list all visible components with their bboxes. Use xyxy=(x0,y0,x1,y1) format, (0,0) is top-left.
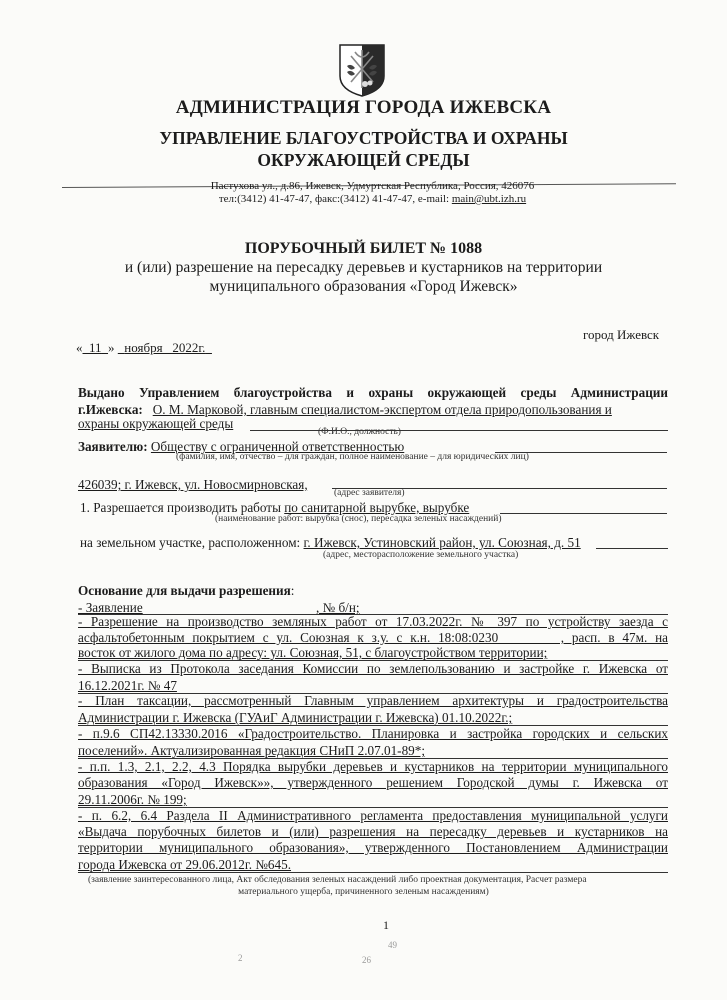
coat-of-arms-icon xyxy=(337,42,387,98)
date-month-year: ноября 2022г. xyxy=(118,340,212,355)
basis-line-9: поселений». Актуализированная редакция С… xyxy=(78,743,668,759)
contact-phones: тел:(3412) 41-47-47, факс:(3412) 41-47-4… xyxy=(18,193,727,206)
basis-line-5: 16.12.2021г. № 47 xyxy=(78,678,668,694)
applicant-address: 426039; г. Ижевск, ул. Новосмирновская, xyxy=(78,477,308,492)
works-underline xyxy=(500,513,667,514)
basis-caption-line1: (заявление заинтересованного лица, Акт о… xyxy=(88,875,587,885)
ticket-subtitle-line1: и (или) разрешение на пересадку деревьев… xyxy=(0,258,727,277)
basis-line-15: территории муниципального образования», … xyxy=(78,840,668,856)
applicant-caption: (фамилия, имя, отчество – для граждан, п… xyxy=(176,452,529,462)
stamp-mark-2: 26 xyxy=(362,955,371,965)
issued-by-city-label: г.Ижевска: xyxy=(78,402,143,417)
date-quote-close: » xyxy=(108,340,115,355)
basis-line-2: асфальтобетонным покрытием с ул. Союзная… xyxy=(78,630,668,646)
basis-line-14: «Выдача порубочных билетов и (или) разре… xyxy=(78,824,668,840)
department-title: УПРАВЛЕНИЕ БЛАГОУСТРОЙСТВА И ОХРАНЫ ОКРУ… xyxy=(0,127,727,171)
basis-statement: - Заявление xyxy=(78,600,143,615)
basis-title: Основание для выдачи разрешения: xyxy=(78,583,668,599)
issued-by-value: О. М. Марковой, главным специалистом-экс… xyxy=(153,402,612,417)
basis-line-3: восток от жилого дома по адресу: ул. Сою… xyxy=(78,645,668,661)
contact-block: Пастухова ул., д.86, Ижевск, Удмуртская … xyxy=(0,180,727,206)
issued-by-label: Выдано Управлением благоустройства и охр… xyxy=(78,385,668,401)
ticket-title: ПОРУБОЧНЫЙ БИЛЕТ № 1088 xyxy=(0,240,727,258)
stamp-mark-1: 2 xyxy=(238,953,243,963)
basis-line-7: Администрации г. Ижевска (ГУАиГ Админист… xyxy=(78,710,668,726)
issued-by-value-cont: охраны окружающей среды xyxy=(78,416,233,431)
ticket-subtitle-line2: муниципального образования «Город Ижевск… xyxy=(0,277,727,296)
issued-by-underline xyxy=(250,430,668,431)
basis-rule-16 xyxy=(78,872,668,873)
ticket-subtitle: и (или) разрешение на пересадку деревьев… xyxy=(0,258,727,296)
applicant-address-caption: (адрес заявителя) xyxy=(334,488,405,498)
issued-by-caption: (Ф.И.О., должность) xyxy=(318,427,401,437)
works-label: 1. Разрешается производить работы xyxy=(80,500,284,515)
email-link[interactable]: main@ubt.izh.ru xyxy=(452,193,526,205)
site-value: г. Ижевск, Устиновский район, ул. Союзна… xyxy=(304,535,581,550)
basis-line-12: 29.11.2006г. № 199; xyxy=(78,792,668,808)
phone-fax: тел:(3412) 41-47-47, факс:(3412) 41-47-4… xyxy=(219,193,452,205)
site-underline xyxy=(596,548,668,549)
date-day: 11 xyxy=(83,340,109,355)
site-caption: (адрес, месторасположение земельного уча… xyxy=(323,550,518,560)
basis-line-6: - План таксации, рассмотренный Главным у… xyxy=(78,693,668,709)
basis-line-4: - Выписка из Протокола заседания Комисси… xyxy=(78,661,668,677)
organization-address: Пастухова ул., д.86, Ижевск, Удмуртская … xyxy=(18,180,727,193)
works-caption: (наименование работ: вырубка (снос), пер… xyxy=(215,514,501,524)
site-label: на земельном участке, расположенном: xyxy=(80,535,304,550)
basis-caption-line2: материального ущерба, причиненного зелен… xyxy=(0,887,727,897)
issue-date: « 11 » ноября 2022г. xyxy=(76,340,212,356)
basis-statement-number: , № б/н; xyxy=(316,600,360,615)
department-title-line1: УПРАВЛЕНИЕ БЛАГОУСТРОЙСТВА И ОХРАНЫ xyxy=(0,127,727,149)
page-number: 1 xyxy=(383,918,389,933)
organization-title: АДМИНИСТРАЦИЯ ГОРОДА ИЖЕВСКА xyxy=(0,97,727,119)
basis-line-10: - п.п. 1.3, 2.1, 2.2, 4.3 Порядка вырубк… xyxy=(78,759,668,775)
site-row: на земельном участке, расположенном: г. … xyxy=(80,535,670,551)
basis-line-1: - Разрешение на производство земляных ра… xyxy=(78,614,668,630)
basis-line-13: - п. 6.2, 6.4 Раздела II Административно… xyxy=(78,808,668,824)
stamp-mark-3: 49 xyxy=(388,940,397,950)
works-value: по санитарной вырубке, вырубке xyxy=(284,500,469,515)
department-title-line2: ОКРУЖАЮЩЕЙ СРЕДЫ xyxy=(0,149,727,171)
basis-line-16: города Ижевска от 29.06.2012г. №645. xyxy=(78,857,668,873)
basis-line-8: - п.9.6 СП42.13330.2016 «Градостроительс… xyxy=(78,726,668,742)
basis-line-11: образования «Город Ижевск»», утвержденно… xyxy=(78,775,668,791)
applicant-label: Заявителю: xyxy=(78,439,148,454)
basis-title-text: Основание для выдачи разрешения xyxy=(78,583,291,598)
issue-city: город Ижевск xyxy=(583,327,659,343)
